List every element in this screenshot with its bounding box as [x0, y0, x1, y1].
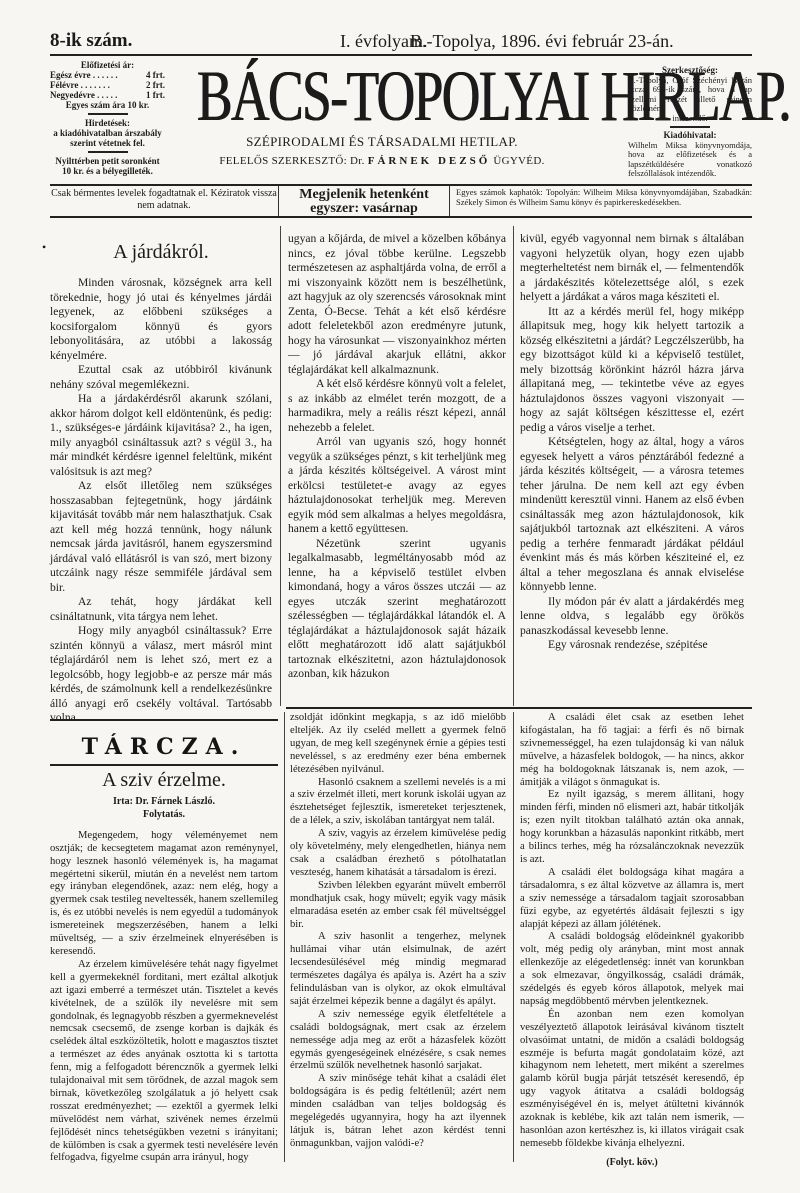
ads-heading: Hirdetések: [50, 118, 165, 128]
section-divider [50, 719, 278, 721]
paragraph: Hasonló csaknem a szellemi nevelés is a … [290, 777, 506, 829]
price-value: 4 frt. [146, 70, 165, 80]
notice-band: Csak bérmentes levelek fogadtatnak el. K… [50, 184, 752, 218]
column-rule [513, 712, 514, 1162]
editorial-text-end: intézendő. [628, 114, 752, 124]
feuilleton-column-2: zsoldját időnkint megkapja, s az idő mie… [290, 712, 506, 1151]
article-column-1: A járdákról. Minden városnak, községnek … [50, 232, 272, 726]
price-row: Egész évre . . . . . . 4 frt. [50, 70, 165, 80]
feuilleton-title: A sziv érzelme. [50, 768, 278, 792]
paragraph: Arról van ugyanis szó, hogy honnét vegyü… [288, 435, 506, 537]
price-row: Félévre . . . . . . . 2 frt. [50, 80, 165, 90]
paragraph: kivül, egyéb vagyonnal nem birnak s álta… [520, 232, 744, 305]
single-issue-price: Egyes szám ára 10 kr. [50, 100, 165, 110]
paragraph: Egy városnak rendezése, szépitése [520, 638, 744, 653]
sales-points: Egyes számok kaphatók: Topolyán: Wilheim… [450, 186, 752, 216]
paragraph: A családi boldogság elődeinknél gyakorib… [520, 931, 744, 1008]
letters-notice: Csak bérmentes levelek fogadtatnak el. K… [50, 186, 279, 216]
article-column-2: ugyan a kőjárda, de mivel a közelben kőb… [288, 232, 506, 682]
article-title: A járdákról. [50, 240, 272, 264]
subscription-box: Előfizetési ár: Egész évre . . . . . . 4… [50, 60, 165, 176]
paragraph: A családi élet csak az esetben lehet kif… [520, 712, 744, 789]
feuilleton-column-3: A családi élet csak az esetben lehet kif… [520, 712, 744, 1170]
price-label: Egész évre . . . . . . [50, 70, 118, 80]
column-rule [284, 712, 285, 1162]
paragraph: A sziv minősége tehát kihat a családi él… [290, 1073, 506, 1150]
newspaper-subtitle: SZÉPIRODALMI ÉS TÁRSADALMI HETILAP. [172, 134, 592, 150]
editor-suffix: ÜGYVÉD. [493, 155, 544, 167]
paragraph: ugyan a kőjárda, de mivel a közelben kőb… [288, 232, 506, 377]
paragraph: zsoldját időnkint megkapja, s az idő mie… [290, 712, 506, 777]
paragraph: Ezuttal csak az utóbbiról kivánunk nehán… [50, 363, 272, 392]
ink-mark: • [42, 240, 46, 255]
paragraph: Megengedem, hogy véleményemet nem osztjá… [50, 830, 278, 959]
paragraph: Ez nyilt igazság, s merem állitani, hogy… [520, 789, 744, 866]
paragraph: Az érzelem kimüvelésére tehát nagy figye… [50, 959, 278, 1166]
editorial-office-box: Szerkesztőség: B.-Topolya, Gróf Széchény… [628, 66, 752, 179]
editor-prefix: FELELŐS SZERKESZTŐ: Dr. [219, 155, 364, 167]
column-rule [513, 226, 514, 706]
paragraph: Kétségtelen, hogy az által, hogy a város… [520, 435, 744, 595]
editor-line: FELELŐS SZERKESZTŐ: Dr. FÁRNEK DEZSŐ ÜGY… [172, 155, 592, 167]
feuilleton-continuation: Folytatás. [50, 809, 278, 822]
paragraph: A sziv, vagyis az érzelem kimüvelése ped… [290, 828, 506, 880]
price-value: 2 frt. [146, 80, 165, 90]
ads-text: a kiadóhivatalban árszabály szerint véte… [50, 128, 165, 148]
newspaper-page: 8-ik szám. I. évfolyam. B.-Topolya, 1896… [50, 0, 752, 1193]
article-column-3: kivül, egyéb vagyonnal nem birnak s álta… [520, 232, 744, 653]
paragraph: Az elsőt illetőleg nem szükséges hosszas… [50, 479, 272, 595]
price-label: Félévre . . . . . . . [50, 80, 110, 90]
paragraph: Nézetünk szerint ugyanis legalkalmasabb,… [288, 537, 506, 682]
paragraph: Hogy mily anyagból csináltassuk? Erre sz… [50, 624, 272, 726]
section-divider [286, 707, 752, 709]
paragraph: A sziv nemessége egyik életfeltétele a c… [290, 1009, 506, 1074]
divider [88, 151, 128, 153]
to-be-continued: (Folyt. köv.) [520, 1157, 744, 1170]
paragraph: Az tehát, hogy járdákat kell csináltatnu… [50, 595, 272, 624]
price-label: Negyedévre . . . . . [50, 90, 117, 100]
price-value: 1 frt. [146, 90, 165, 100]
price-row: Negyedévre . . . . . 1 frt. [50, 90, 165, 100]
issue-number: 8-ik szám. [50, 30, 132, 52]
paragraph: A két első kérdésre könnyü volt a felele… [288, 377, 506, 435]
paragraph: Itt az a kérdés merül fel, hogy miképp á… [520, 305, 744, 436]
editorial-text: B.-Topolya, Gróf Széchényi István utcza … [628, 76, 752, 114]
divider [88, 113, 128, 115]
paragraph: Ily módon pár év alatt a járdakérdés meg… [520, 595, 744, 639]
paragraph: A sziv hasonlit a tengerhez, melynek hul… [290, 931, 506, 1008]
issue-line: 8-ik szám. I. évfolyam. B.-Topolya, 1896… [50, 30, 752, 56]
paragraph: A családi élet boldogsága kihat magára a… [520, 867, 744, 932]
paragraph: Ha a járdakérdésről akarunk szólani, akk… [50, 392, 272, 479]
feuilleton-column-1: A sziv érzelme. Irta: Dr. Fárnek László.… [50, 768, 278, 1165]
subscription-heading: Előfizetési ár: [50, 60, 165, 70]
column-rule [280, 226, 281, 706]
publication-schedule: Megjelenik hetenként egyszer: vasárnap [279, 186, 450, 216]
open-space-text: Nyilttérben petit soronként 10 kr. és a … [50, 156, 165, 176]
paragraph: Minden városnak, községnek arra kell tör… [50, 276, 272, 363]
feuilleton-heading: TÁRCZA. [50, 730, 278, 766]
feuilleton-author: Irta: Dr. Fárnek László. [50, 796, 278, 809]
newspaper-title: BÁCS-TOPOLYAI HIRLAP. [197, 60, 567, 132]
divider [670, 126, 710, 128]
editor-name: FÁRNEK DEZSŐ [368, 155, 491, 167]
paragraph: Én azonban nem ezen komolyan veszélyezte… [520, 1009, 744, 1151]
publisher-text: Wilhelm Miksa könyvnyomdája, hova az elő… [628, 141, 752, 179]
masthead: BÁCS-TOPOLYAI HIRLAP. SZÉPIRODALMI ÉS TÁ… [172, 60, 592, 167]
paragraph: Szivben lélekben egyaránt müvelt emberrő… [290, 880, 506, 932]
place-date: B.-Topolya, 1896. évi február 23-án. [410, 31, 674, 52]
